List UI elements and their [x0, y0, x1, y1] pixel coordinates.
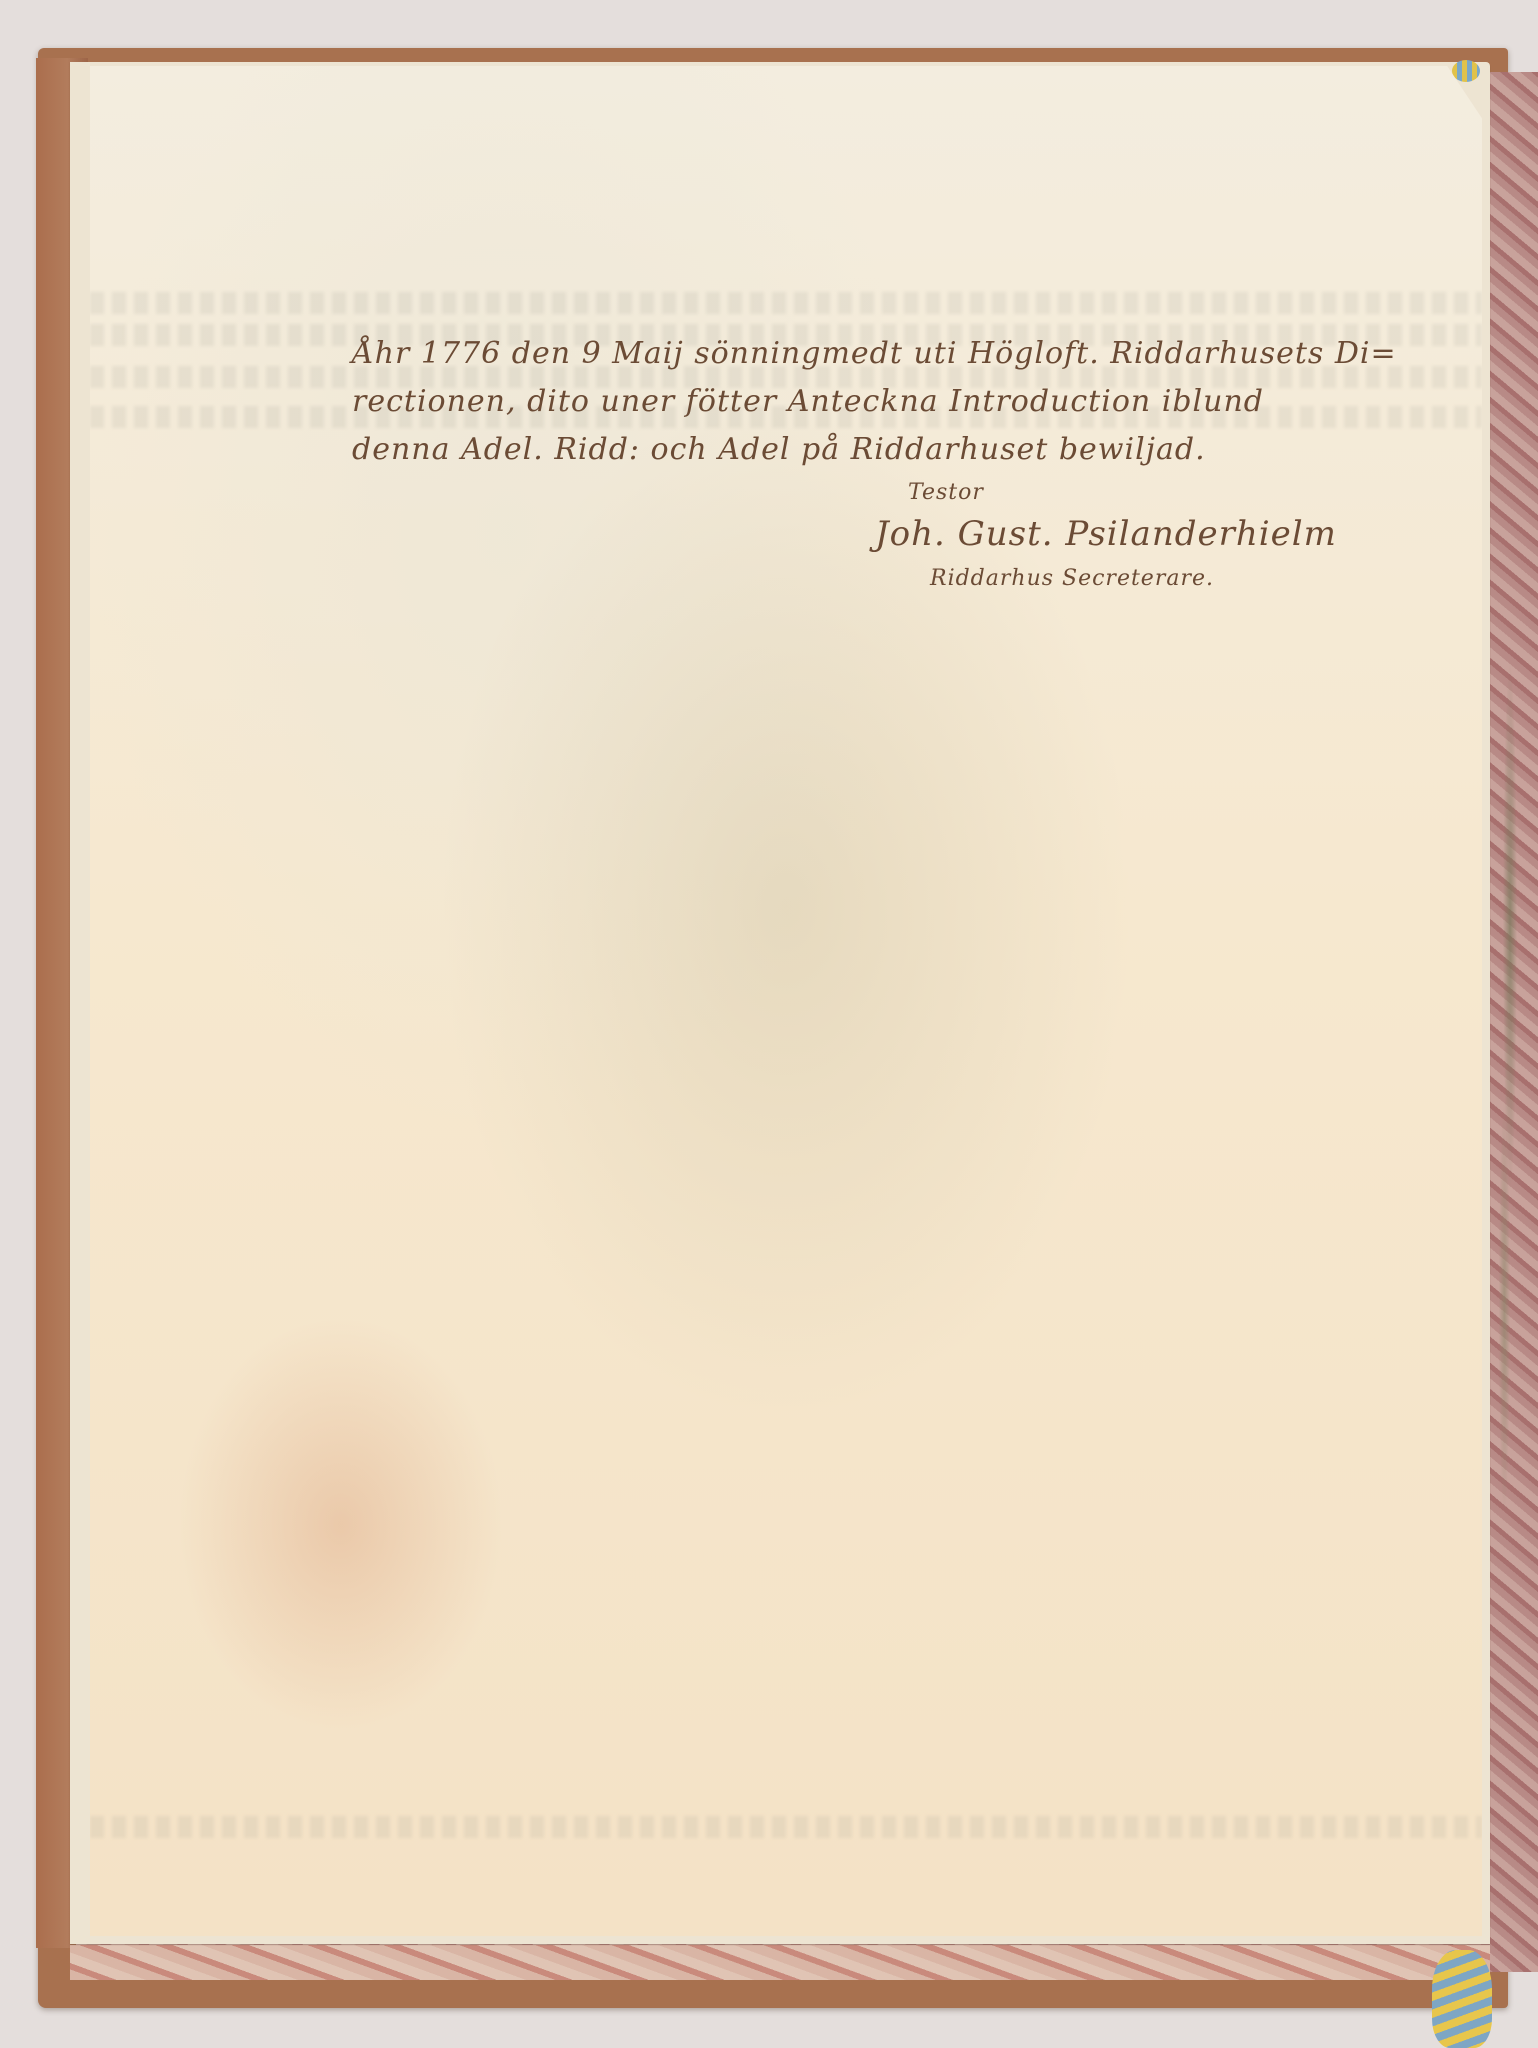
bleed-through-line	[90, 1816, 1482, 1838]
bleed-through-line	[90, 292, 1482, 314]
inscription-line-2: rectionen, dito uner fötter Anteckna Int…	[352, 384, 1264, 419]
inscription-line-3: denna Adel. Ridd: och Adel på Riddarhuse…	[352, 432, 1206, 467]
ribbon-tassel-bottom	[1432, 1950, 1492, 2048]
ribbon-knot-top	[1452, 60, 1480, 82]
inscription-line-1: Åhr 1776 den 9 Maij sönningmedt uti Högl…	[352, 336, 1397, 371]
signature: Joh. Gust. Psilanderhielm	[875, 514, 1337, 554]
attestation-word: Testor	[908, 480, 984, 505]
signature-title: Riddarhus Secreterare.	[930, 566, 1214, 591]
document-page: Åhr 1776 den 9 Maij sönningmedt uti Högl…	[90, 66, 1482, 1936]
marbled-endpaper-right	[1482, 72, 1538, 1972]
marbled-endpaper-bottom	[70, 1945, 1490, 1980]
